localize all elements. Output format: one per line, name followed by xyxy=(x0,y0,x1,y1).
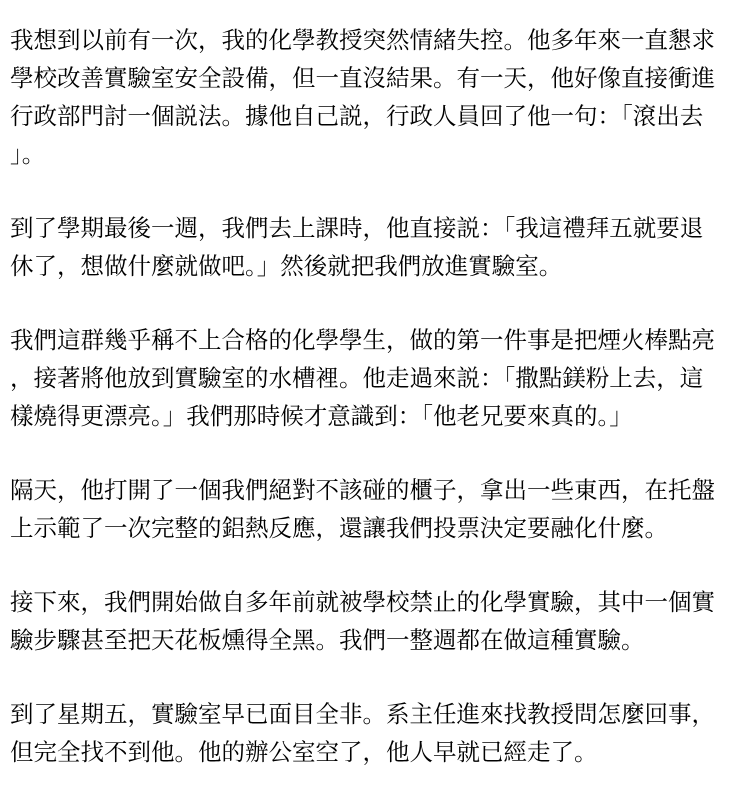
text-line: 行政部門討一個説法。據他自己説，行政人員回了他一句：「滾出去 xyxy=(10,97,745,135)
text-line: 但完全找不到他。他的辦公室空了，他人早就已經走了。 xyxy=(10,733,745,771)
text-line: 」。 xyxy=(10,135,745,173)
paragraph-1: 我想到以前有一次，我的化學教授突然情緒失控。他多年來一直懇求 學校改善實驗室安全… xyxy=(10,21,745,173)
paragraph-4: 隔天，他打開了一個我們絕對不該碰的櫃子，拿出一些東西，在托盤 上示範了一次完整的… xyxy=(10,471,745,547)
text-line: 我們這群幾乎稱不上合格的化學學生，做的第一件事是把煙火棒點亮 xyxy=(10,321,745,359)
text-line: 我想到以前有一次，我的化學教授突然情緒失控。他多年來一直懇求 xyxy=(10,21,745,59)
text-line: 學校改善實驗室安全設備，但一直沒結果。有一天，他好像直接衝進 xyxy=(10,59,745,97)
paragraph-6: 到了星期五，實驗室早已面目全非。系主任進來找教授問怎麼回事， 但完全找不到他。他… xyxy=(10,695,745,771)
text-line: 接下來，我們開始做自多年前就被學校禁止的化學實驗，其中一個實 xyxy=(10,583,745,621)
text-line: 到了學期最後一週，我們去上課時，他直接説：「我這禮拜五就要退 xyxy=(10,209,745,247)
text-line: 上示範了一次完整的鋁熱反應，還讓我們投票決定要融化什麼。 xyxy=(10,509,745,547)
text-line: 隔天，他打開了一個我們絕對不該碰的櫃子，拿出一些東西，在托盤 xyxy=(10,471,745,509)
text-line: 驗步驟甚至把天花板燻得全黑。我們一整週都在做這種實驗。 xyxy=(10,621,745,659)
text-line: 休了，想做什麼就做吧。」然後就把我們放進實驗室。 xyxy=(10,247,745,285)
text-line: 到了星期五，實驗室早已面目全非。系主任進來找教授問怎麼回事， xyxy=(10,695,745,733)
paragraph-5: 接下來，我們開始做自多年前就被學校禁止的化學實驗，其中一個實 驗步驟甚至把天花板… xyxy=(10,583,745,659)
document-page: 我想到以前有一次，我的化學教授突然情緒失控。他多年來一直懇求 學校改善實驗室安全… xyxy=(0,0,754,791)
paragraph-2: 到了學期最後一週，我們去上課時，他直接説：「我這禮拜五就要退 休了，想做什麼就做… xyxy=(10,209,745,285)
text-line: 樣燒得更漂亮。」我們那時候才意識到：「他老兄要來真的。」 xyxy=(10,397,745,435)
paragraph-3: 我們這群幾乎稱不上合格的化學學生，做的第一件事是把煙火棒點亮 ，接著將他放到實驗… xyxy=(10,321,745,435)
text-line: ，接著將他放到實驗室的水槽裡。他走過來説：「撒點鎂粉上去，這 xyxy=(10,359,745,397)
document-body: 我想到以前有一次，我的化學教授突然情緒失控。他多年來一直懇求 學校改善實驗室安全… xyxy=(0,0,754,771)
